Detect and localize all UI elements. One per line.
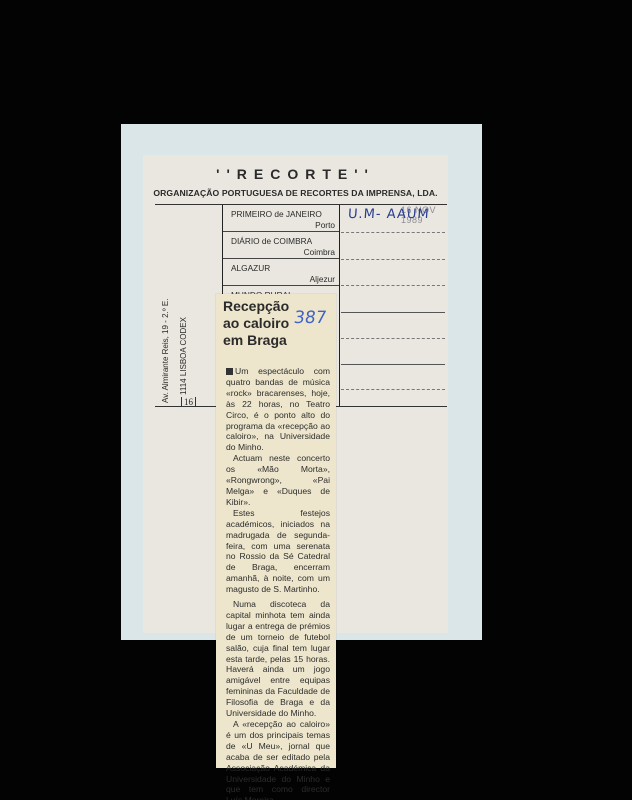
article-paragraph: Estes festejos académicos, iniciados na … (226, 508, 330, 595)
article-headline: Recepção ao caloiro em Braga (223, 298, 289, 349)
entry-line (341, 285, 445, 286)
publication-city: Porto (315, 220, 335, 230)
article-body: Um espectáculo com quatro bandas de músi… (226, 366, 330, 800)
brand-title: ''RECORTE'' (143, 166, 448, 182)
entry-line (341, 312, 445, 313)
entry-line (341, 259, 445, 260)
organization-name: ORGANIZAÇÃO PORTUGUESA DE RECORTES DA IM… (143, 188, 448, 198)
publication-row: DIÁRIO de COIMBRA Coimbra (223, 232, 339, 259)
publication-name: ALGAZUR (231, 263, 270, 273)
square-bullet-icon (226, 368, 233, 375)
publication-city: Coimbra (304, 247, 335, 257)
entry-line (341, 364, 445, 365)
address-city: 1114 LISBOA CODEX (175, 273, 193, 403)
publication-city: Aljezur (310, 274, 335, 284)
handwritten-number: 387 (293, 308, 328, 328)
entry-line (341, 389, 445, 390)
newspaper-clipping: Recepção ao caloiro em Braga 387 Um espe… (216, 294, 336, 768)
publication-name: DIÁRIO de COIMBRA (231, 236, 312, 246)
article-paragraph: A «recepção ao caloiro» é um dos princip… (226, 719, 330, 800)
entry-line (341, 232, 445, 233)
address-street: Av. Almirante Reis, 19 - 2.º E. (157, 273, 175, 403)
publication-row: ALGAZUR Aljezur (223, 259, 339, 286)
address-block: Av. Almirante Reis, 19 - 2.º E. 1114 LIS… (157, 273, 217, 403)
entry-line (341, 338, 445, 339)
handwritten-note: U.M- AAUM (347, 207, 430, 222)
article-paragraph: Actuam neste concerto os «Mão Morta», «R… (226, 453, 330, 508)
article-paragraph: Numa discoteca da capital minhota tem ai… (226, 599, 330, 719)
publication-row: PRIMEIRO de JANEIRO Porto (223, 205, 339, 232)
publication-name: PRIMEIRO de JANEIRO (231, 209, 322, 219)
article-paragraph: Um espectáculo com quatro bandas de músi… (226, 366, 330, 453)
divider-right-column (339, 205, 340, 406)
